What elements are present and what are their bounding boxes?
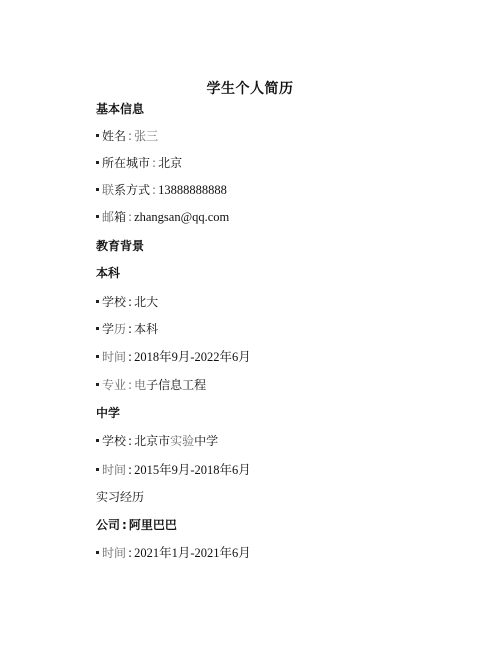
- edu-item-middle-time: 时间:2015年9月-2018年6月: [96, 462, 251, 478]
- edu-item-major: 专业:电子信息工程: [96, 377, 206, 393]
- edu-item-middle-school: 学校:北京市实验中学: [96, 433, 218, 449]
- item-label: 所在城市: [102, 156, 150, 170]
- item-value: 阿里巴巴: [129, 518, 177, 532]
- info-item-phone: 联系方式:13888888888: [96, 182, 227, 198]
- item-label: 时间: [102, 463, 126, 477]
- info-item-city: 所在城市:北京: [96, 155, 182, 171]
- subheading-undergrad: 本科: [96, 265, 120, 281]
- section-heading-education: 教育背景: [96, 238, 144, 254]
- item-value: 13888888888: [158, 183, 227, 197]
- item-value: 北大: [134, 295, 158, 309]
- section-heading-basic-info: 基本信息: [96, 101, 144, 117]
- info-item-name: 姓名:张三: [96, 128, 158, 144]
- item-label: 时间: [102, 350, 126, 364]
- bullet-icon: [96, 355, 99, 358]
- item-separator: :: [152, 183, 156, 197]
- bullet-icon: [96, 161, 99, 164]
- bullet-icon: [96, 300, 99, 303]
- item-value: 2015年9月-2018年6月: [134, 463, 251, 477]
- item-separator: :: [128, 322, 132, 336]
- bullet-icon: [96, 134, 99, 137]
- item-label: 时间: [102, 546, 126, 560]
- bullet-icon: [96, 188, 99, 191]
- item-value-part: 子信息工程: [146, 378, 206, 392]
- bullet-icon: [96, 468, 99, 471]
- item-value-part: 北京市: [134, 434, 170, 448]
- item-separator: :: [128, 463, 132, 477]
- item-value: 本科: [134, 322, 158, 336]
- bullet-icon: [96, 551, 99, 554]
- item-label-part: 箱: [114, 210, 126, 224]
- item-label: 专业: [102, 378, 126, 392]
- item-separator: :: [122, 518, 127, 532]
- item-separator: :: [128, 378, 132, 392]
- item-value: 张三: [134, 129, 158, 143]
- edu-item-school: 学校:北大: [96, 294, 158, 310]
- item-label-part: 联: [102, 183, 114, 197]
- item-label: 姓名: [102, 129, 126, 143]
- edu-item-time: 时间:2018年9月-2022年6月: [96, 349, 251, 365]
- item-value: 2018年9月-2022年6月: [134, 350, 251, 364]
- item-separator: :: [128, 434, 132, 448]
- item-value-part: 实验: [170, 434, 194, 448]
- bullet-icon: [96, 327, 99, 330]
- item-value: 北京: [158, 156, 182, 170]
- item-separator: :: [152, 156, 156, 170]
- info-item-email: 邮箱:zhangsan@qq.com: [96, 209, 229, 225]
- item-value: zhangsan@qq.com: [134, 210, 229, 224]
- item-separator: :: [128, 210, 132, 224]
- item-separator: :: [128, 350, 132, 364]
- internship-company: 公司:阿里巴巴: [96, 517, 177, 533]
- item-separator: :: [128, 129, 132, 143]
- page-title: 学生个人简历: [0, 78, 500, 98]
- item-label-part: 历: [114, 322, 126, 336]
- item-value-part: 中学: [194, 434, 218, 448]
- bullet-icon: [96, 383, 99, 386]
- item-separator: :: [128, 546, 132, 560]
- item-label: 公司: [96, 518, 120, 532]
- bullet-icon: [96, 215, 99, 218]
- item-value-part: 电: [134, 378, 146, 392]
- item-label: 学校: [102, 295, 126, 309]
- item-separator: :: [128, 295, 132, 309]
- internship-time: 时间:2021年1月-2021年6月: [96, 545, 251, 561]
- item-label: 学校: [102, 434, 126, 448]
- subheading-middle-school: 中学: [96, 405, 120, 421]
- section-heading-internship: 实习经历: [96, 489, 144, 505]
- item-label-part: 学: [102, 322, 114, 336]
- bullet-icon: [96, 439, 99, 442]
- item-label-part: 系方式: [114, 183, 150, 197]
- item-value: 2021年1月-2021年6月: [134, 546, 251, 560]
- item-label-part: 邮: [102, 210, 114, 224]
- edu-item-degree: 学历:本科: [96, 321, 158, 337]
